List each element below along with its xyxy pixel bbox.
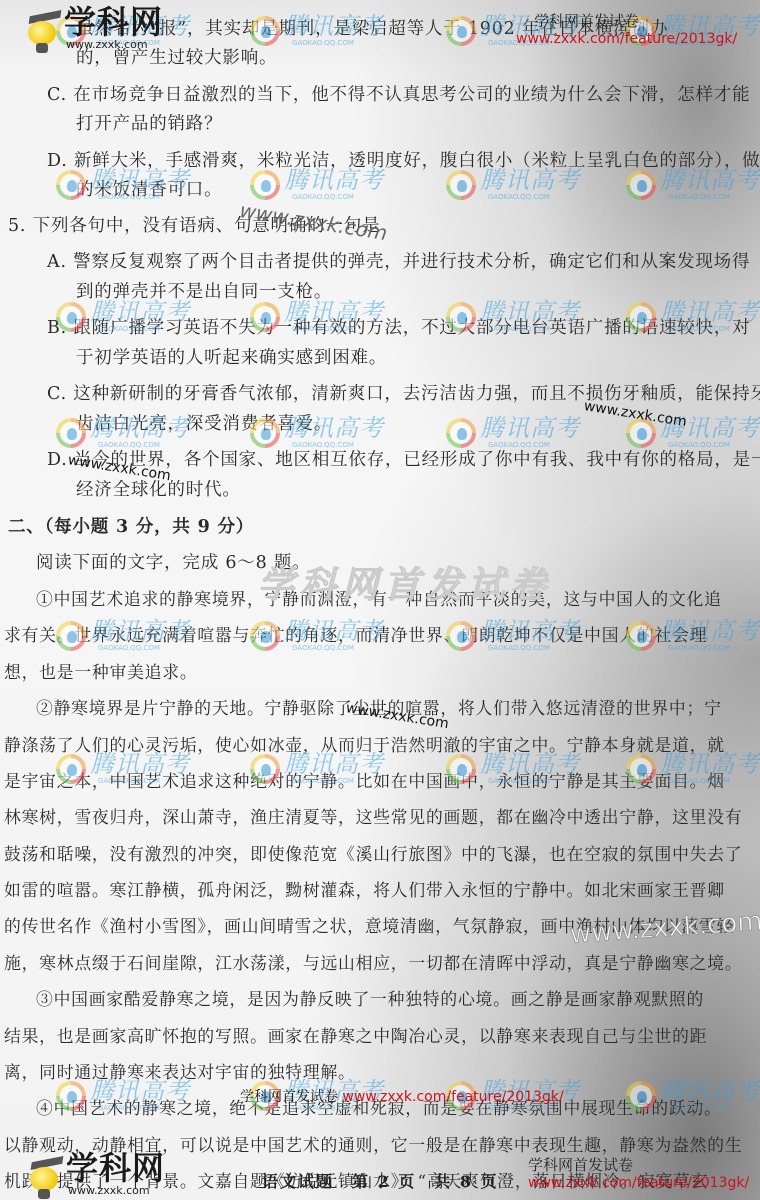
- graduate-mascot-icon: [28, 1157, 62, 1197]
- option-d-line: D. 新鲜大米，手感滑爽，米粒光洁，透明度好，腹白很小（米粒上呈乳白色的部分），…: [47, 149, 760, 173]
- option-c-line: C. 这种新研制的牙膏香气浓郁，清新爽口，去污洁齿力强，而且不损伤牙釉质，能保持…: [47, 382, 760, 406]
- brand-url: www.zxxk.com: [68, 1184, 150, 1197]
- text-line: 打开产品的销路？: [76, 112, 222, 136]
- graduate-mascot-icon: [26, 11, 60, 51]
- text-line: 是宇宙之本，中国艺术追求这种绝对的宁静。比如在中国画中，永恒的宁静是其主要面目。…: [4, 769, 725, 793]
- text-line: 离，同时通过静寒来表达对宇宙的独特理解。: [4, 1060, 356, 1084]
- zxxk-faded-watermark: 学科网首发试卷: [258, 557, 552, 608]
- text-line: 想，也是一种审美追求。: [4, 660, 197, 684]
- text-line: 结果，也是画家高旷怀抱的写照。画家在静寒之中陶冶心灵，以静寒来表现自己与尘世的距: [4, 1024, 707, 1048]
- feature-link[interactable]: www.zxxk.com/feature/2013gk/: [516, 31, 737, 47]
- text-line: 齿洁白光亮，深受消费者喜爱。: [76, 412, 332, 436]
- text-line: 于初学英语的人听起来确实感到困难。: [76, 346, 387, 370]
- brand-url: www.zxxk.com: [66, 38, 148, 51]
- first-release-stamp-bottom: 学科网首发试卷 www.zxxk.com/feature/2013gk/: [528, 1154, 749, 1191]
- feature-link[interactable]: www.zxxk.com/feature/2013gk/: [342, 1089, 563, 1105]
- first-release-stamp-top: 学科网首发试卷 www.zxxk.com/feature/2013gk/: [532, 10, 737, 47]
- zxxk-logo-bottom: 学科网 www.zxxk.com: [28, 1152, 165, 1197]
- stamp-title: 学科网首发试卷: [528, 1154, 749, 1175]
- option-b-line: B. 跟随广播学习英语不失为一种有效的方法，不过大部分电台英语广播的语速较快，对: [47, 316, 750, 340]
- page-number-label: 语文试题 第 2 页 共 8 页: [262, 1169, 499, 1192]
- paragraph-3: ③中国画家酷爱静寒之境，是因为静反映了一种独特的心境。画之静是画家静观默照的: [36, 987, 704, 1011]
- text-line: 求有关。世界永远充满着喧嚣与奔忙的角逐，而清净世界、朗朗乾坤不仅是中国人的社会理: [4, 623, 707, 647]
- text-line: 的米饭清香可口。: [76, 178, 222, 202]
- text-line: 鼓荡和聒噪，没有激烈的冲突，即使像范宽《溪山行旅图》中的飞瀑，也在空寂的氛围中失…: [4, 842, 742, 866]
- text-line: 施，寒林点缀于石间崖隙，江水荡漾，与远山相应，一切都在清晖中浮动，真是宁静幽寒之…: [4, 951, 742, 975]
- brand-name: 学科网: [64, 6, 163, 38]
- zxxk-logo-top: 学科网 www.zxxk.com: [26, 6, 163, 51]
- text-line: 林寒树，雪夜归舟，深山萧寺，渔庄清夏等，这些常见的画题，都在幽冷中透出宁静，这里…: [4, 805, 742, 829]
- option-a-line: A. 警察反复观察了两个目击者提供的弹壳，并进行技术分析，确定它们和从案发现场得: [47, 250, 750, 274]
- text-line: 如雷的喧嚣。寒江静横，孤舟闲泛，黝树灌森，将人们带入永恒的宁静中。如北宋画家王晋…: [4, 878, 725, 902]
- section-heading: 二、（每小题 3 分，共 9 分）: [8, 515, 254, 539]
- brand-name: 学科网: [66, 1152, 165, 1184]
- text-line: 静涤荡了人们的心灵污垢，使心如冰壶，从而归于浩然明澈的宇宙之中。宁静本身就是道，…: [4, 733, 725, 757]
- option-c-line: C. 在市场竞争日益激烈的当下，他不得不认真思考公司的业绩为什么会下滑，怎样才能: [47, 83, 750, 107]
- stamp-title: 学科网首发试卷: [534, 10, 737, 31]
- inline-first-release-stamp: 学科网首发试卷 www.zxxk.com/feature/2013gk/: [240, 1086, 564, 1106]
- feature-link[interactable]: www.zxxk.com/feature/2013gk/: [528, 1175, 749, 1191]
- text-line: 到的弹壳并不是出自同一支枪。: [76, 280, 332, 304]
